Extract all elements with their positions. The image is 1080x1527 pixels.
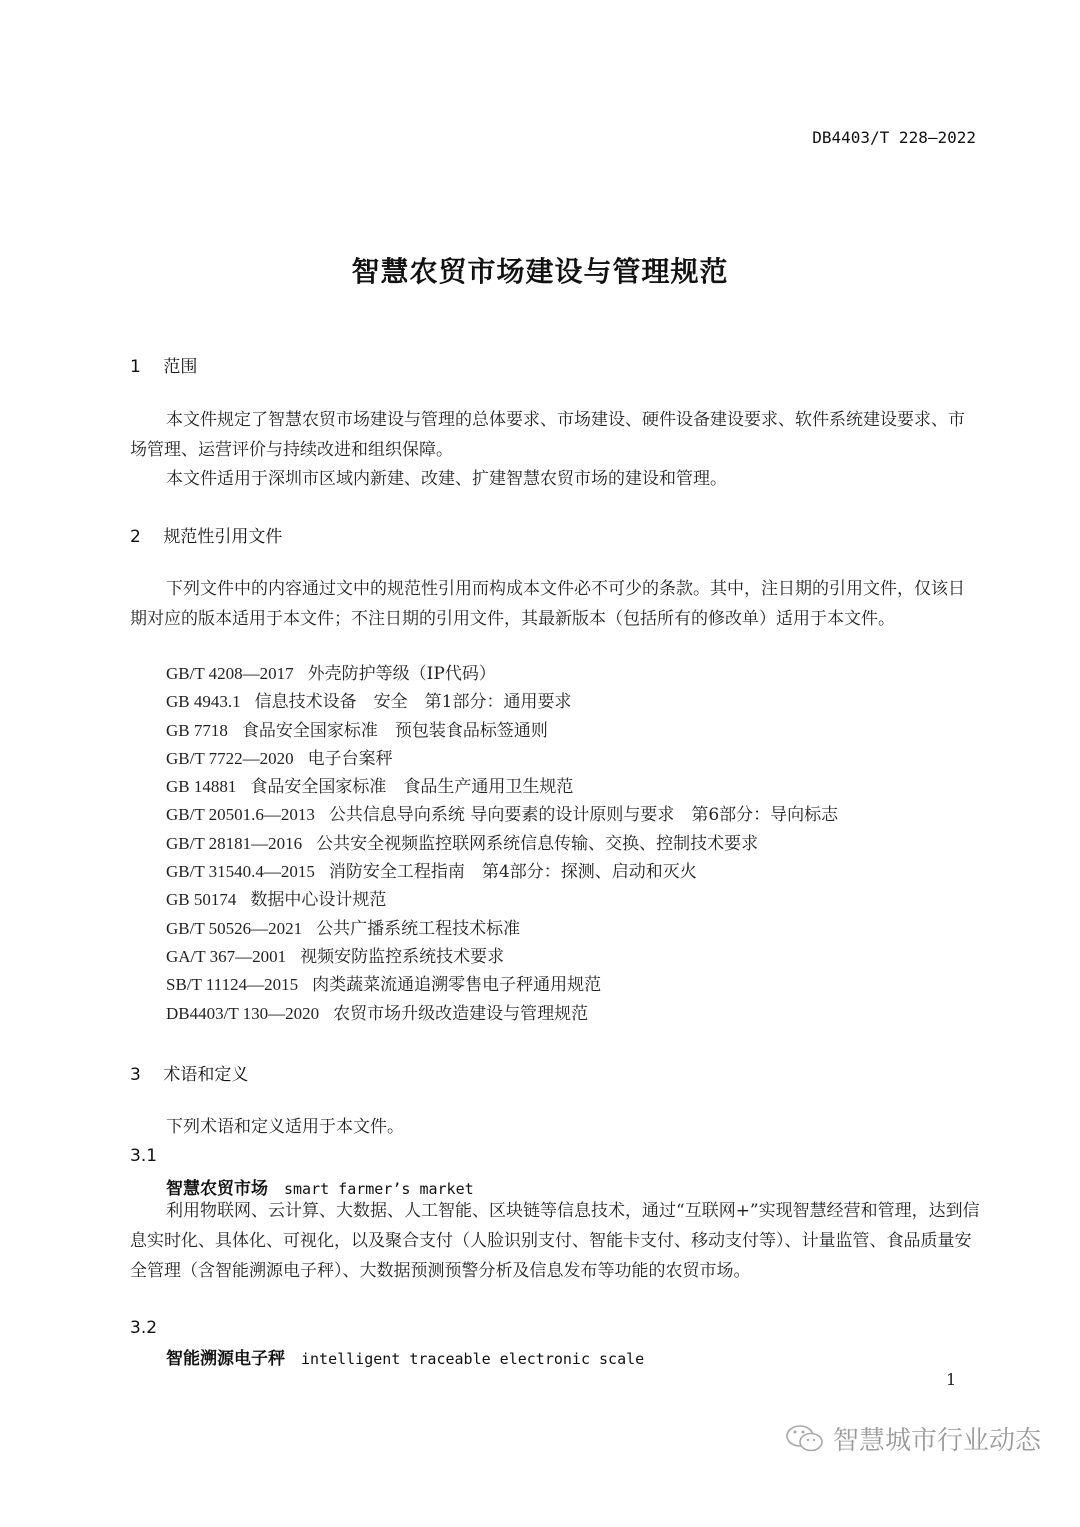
reference-item: GB 50174数据中心设计规范 <box>166 886 838 914</box>
term-zh: 智能溯源电子秤 <box>166 1349 285 1369</box>
watermark-text: 智慧城市行业动态 <box>833 1420 1041 1457</box>
reference-code: GB/T 31540.4—2015 <box>166 862 315 881</box>
reference-list: GB/T 4208—2017外壳防护等级（IP代码） GB 4943.1信息技术… <box>166 660 838 1028</box>
document-code: DB4403/T 228—2022 <box>812 128 976 147</box>
reference-code: GB/T 7722—2020 <box>166 749 294 768</box>
reference-code: GB/T 20501.6—2013 <box>166 805 315 824</box>
reference-code: GB/T 50526—2021 <box>166 919 302 938</box>
reference-item: GB/T 7722—2020电子台案秤 <box>166 745 838 773</box>
reference-item: GB/T 31540.4—2015消防安全工程指南 第4部分：探测、启动和灭火 <box>166 858 838 886</box>
reference-item: GB 4943.1信息技术设备 安全 第1部分：通用要求 <box>166 688 838 716</box>
reference-title: 公共广播系统工程技术标准 <box>316 919 520 939</box>
reference-code: DB4403/T 130—2020 <box>166 1004 319 1023</box>
section-1-heading: 1 范围 <box>130 352 197 377</box>
terms-intro: 下列术语和定义适用于本文件。 <box>130 1112 980 1142</box>
scope-paragraph-2: 本文件适用于深圳市区域内新建、改建、扩建智慧农贸市场的建设和管理。 <box>130 464 980 494</box>
document-title: 智慧农贸市场建设与管理规范 <box>0 250 1080 290</box>
term-en: intelligent traceable electronic scale <box>301 1350 644 1368</box>
term-entry: 智能溯源电子秤intelligent traceable electronic … <box>166 1344 644 1369</box>
reference-item: GB/T 4208—2017外壳防护等级（IP代码） <box>166 660 838 688</box>
reference-title: 食品安全国家标准 预包装食品标签通则 <box>242 721 548 741</box>
normative-references-intro: 下列文件中的内容通过文中的规范性引用而构成本文件必不可少的条款。其中，注日期的引… <box>130 574 980 634</box>
reference-title: 视频安防监控系统技术要求 <box>300 947 504 967</box>
reference-code: GB 50174 <box>166 890 236 909</box>
reference-item: GB 7718食品安全国家标准 预包装食品标签通则 <box>166 717 838 745</box>
reference-title: 外壳防护等级（IP代码） <box>308 664 496 684</box>
clause-number: 3.1 <box>130 1146 157 1166</box>
reference-item: GB/T 20501.6—2013公共信息导向系统 导向要素的设计原则与要求 第… <box>166 801 838 829</box>
reference-title: 公共信息导向系统 导向要素的设计原则与要求 第6部分：导向标志 <box>329 805 838 825</box>
wechat-icon <box>785 1423 825 1455</box>
reference-title: 食品安全国家标准 食品生产通用卫生规范 <box>250 777 573 797</box>
section-3-heading: 3 术语和定义 <box>130 1060 248 1085</box>
section-number: 3 <box>130 1065 158 1085</box>
clause-number: 3.2 <box>130 1318 157 1338</box>
reference-code: SB/T 11124—2015 <box>166 975 298 994</box>
reference-code: GB/T 28181—2016 <box>166 834 302 853</box>
section-title: 规范性引用文件 <box>163 527 282 547</box>
reference-title: 信息技术设备 安全 第1部分：通用要求 <box>255 692 572 712</box>
section-number: 1 <box>130 357 158 377</box>
section-2-heading: 2 规范性引用文件 <box>130 522 282 547</box>
watermark: 智慧城市行业动态 <box>785 1420 1041 1457</box>
reference-item: GA/T 367—2001视频安防监控系统技术要求 <box>166 943 838 971</box>
reference-title: 数据中心设计规范 <box>250 890 386 910</box>
reference-code: GB 7718 <box>166 721 228 740</box>
reference-code: GA/T 367—2001 <box>166 947 286 966</box>
reference-title: 电子台案秤 <box>308 749 393 769</box>
term-definition: 利用物联网、云计算、大数据、人工智能、区块链等信息技术，通过“互联网+”实现智慧… <box>130 1196 980 1286</box>
section-number: 2 <box>130 527 158 547</box>
page-number: 1 <box>946 1370 956 1389</box>
reference-title: 公共安全视频监控联网系统信息传输、交换、控制技术要求 <box>316 834 758 854</box>
reference-item: SB/T 11124—2015肉类蔬菜流通追溯零售电子秤通用规范 <box>166 971 838 999</box>
section-title: 术语和定义 <box>163 1065 248 1085</box>
reference-item: GB/T 50526—2021公共广播系统工程技术标准 <box>166 915 838 943</box>
reference-code: GB 14881 <box>166 777 236 796</box>
reference-title: 肉类蔬菜流通追溯零售电子秤通用规范 <box>312 975 601 995</box>
reference-item: GB/T 28181—2016公共安全视频监控联网系统信息传输、交换、控制技术要… <box>166 830 838 858</box>
reference-code: GB 4943.1 <box>166 692 241 711</box>
reference-title: 消防安全工程指南 第4部分：探测、启动和灭火 <box>329 862 697 882</box>
reference-title: 农贸市场升级改造建设与管理规范 <box>333 1004 588 1024</box>
reference-code: GB/T 4208—2017 <box>166 664 294 683</box>
scope-paragraph-1: 本文件规定了智慧农贸市场建设与管理的总体要求、市场建设、硬件设备建设要求、软件系… <box>130 405 980 465</box>
reference-item: DB4403/T 130—2020农贸市场升级改造建设与管理规范 <box>166 1000 838 1028</box>
section-title: 范围 <box>163 357 197 377</box>
reference-item: GB 14881食品安全国家标准 食品生产通用卫生规范 <box>166 773 838 801</box>
